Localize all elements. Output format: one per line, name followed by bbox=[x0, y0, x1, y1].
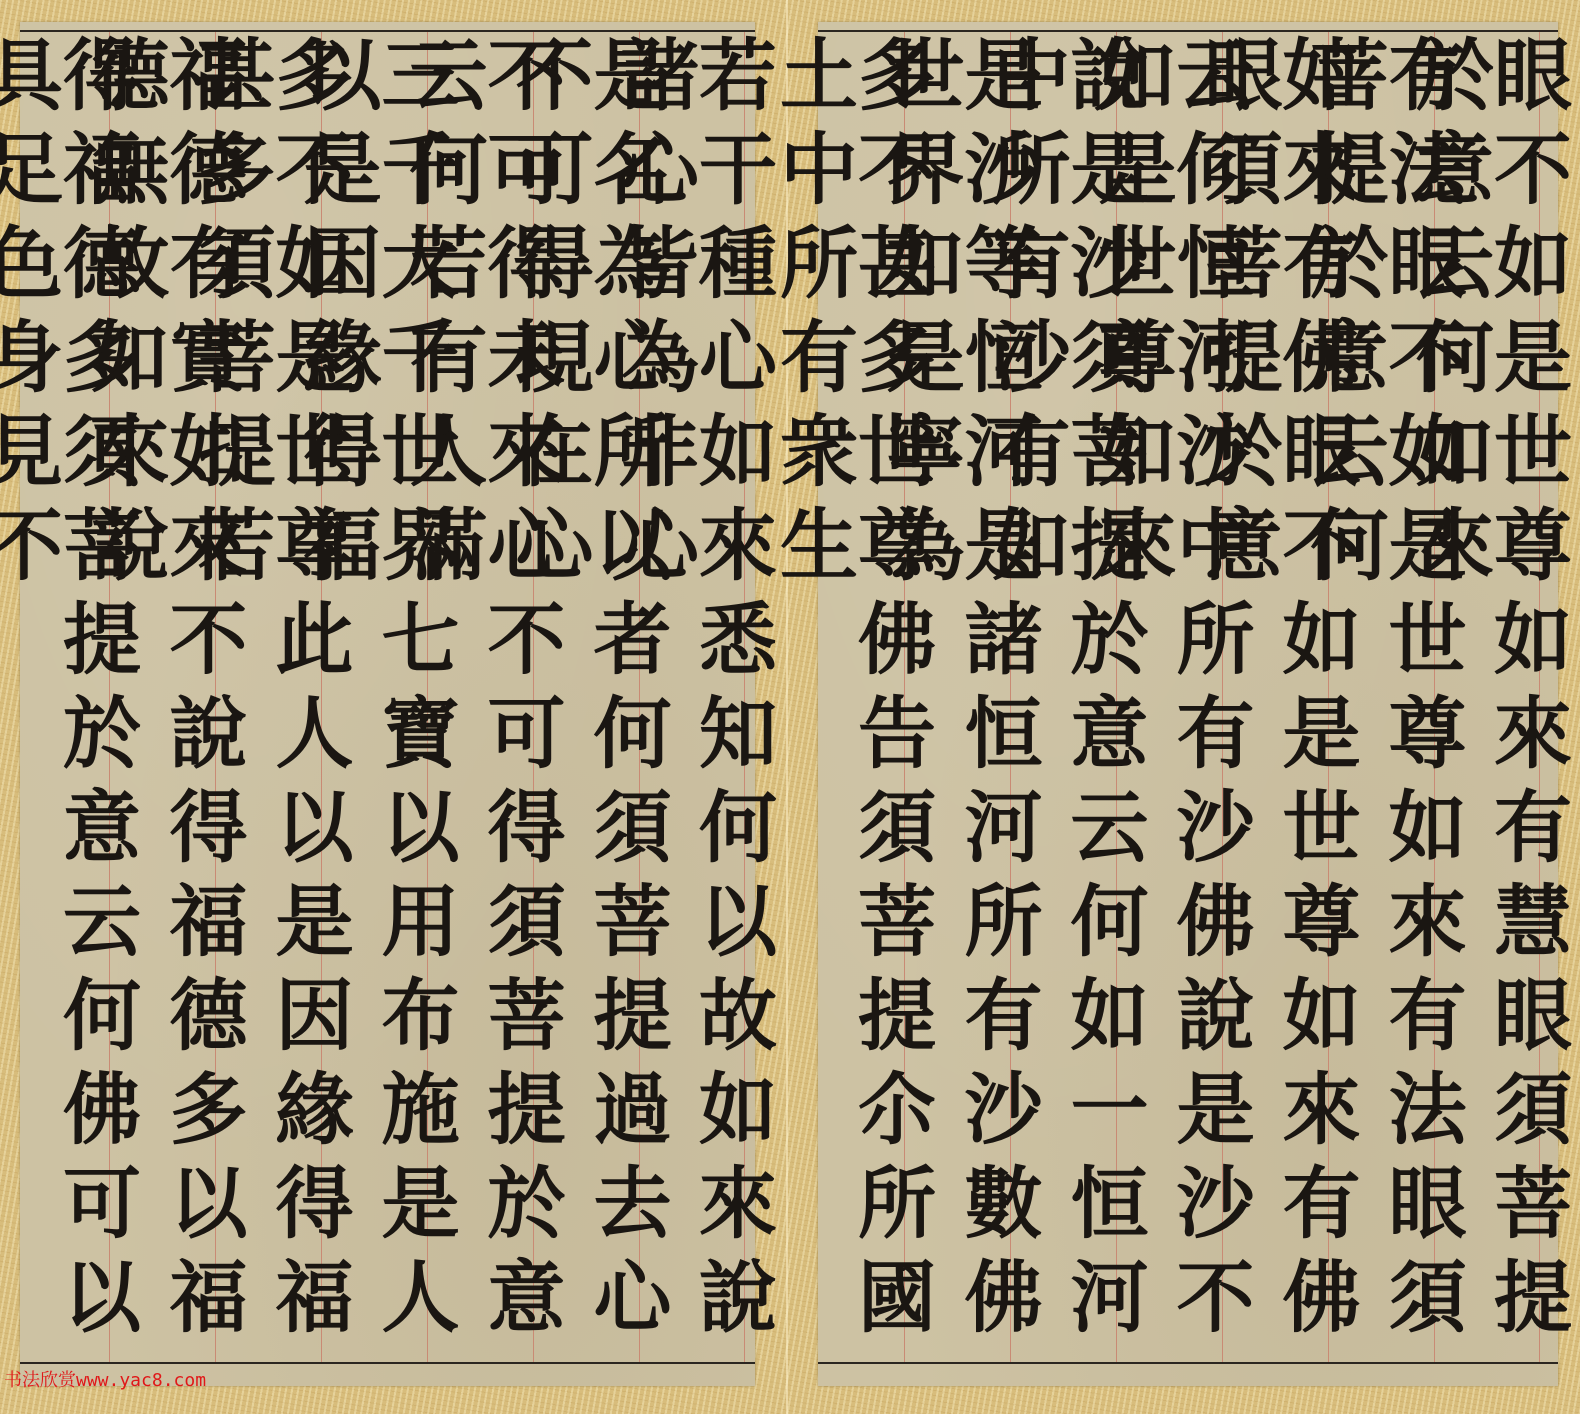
column-7: 多不甚多世尊佛告須菩提尒所國土中所有衆生 bbox=[798, 32, 904, 1362]
left-page: 若干種心如來悉知何以故如來說諸心皆為非心 是名為心所以者何須菩提過去心不可得現在… bbox=[20, 22, 755, 1386]
column-7: 得福德多須菩提於意云何佛可以具足色身見不 bbox=[3, 32, 109, 1362]
bottom-border-rule bbox=[818, 1362, 1558, 1364]
site-watermark: 书法欣赏www.yac8.com bbox=[4, 1366, 206, 1392]
bottom-border-rule bbox=[20, 1362, 755, 1364]
column-text: 得福德多須菩提於意云何佛可以具足色身見不 bbox=[0, 34, 134, 1362]
right-page: 眼不如是世尊如來有慧眼須菩提於意云何如來 有法眼不如是世尊如來有法眼須菩提於意云… bbox=[818, 22, 1558, 1386]
column-text: 多不甚多世尊佛告須菩提尒所國土中所有衆生 bbox=[773, 34, 929, 1362]
